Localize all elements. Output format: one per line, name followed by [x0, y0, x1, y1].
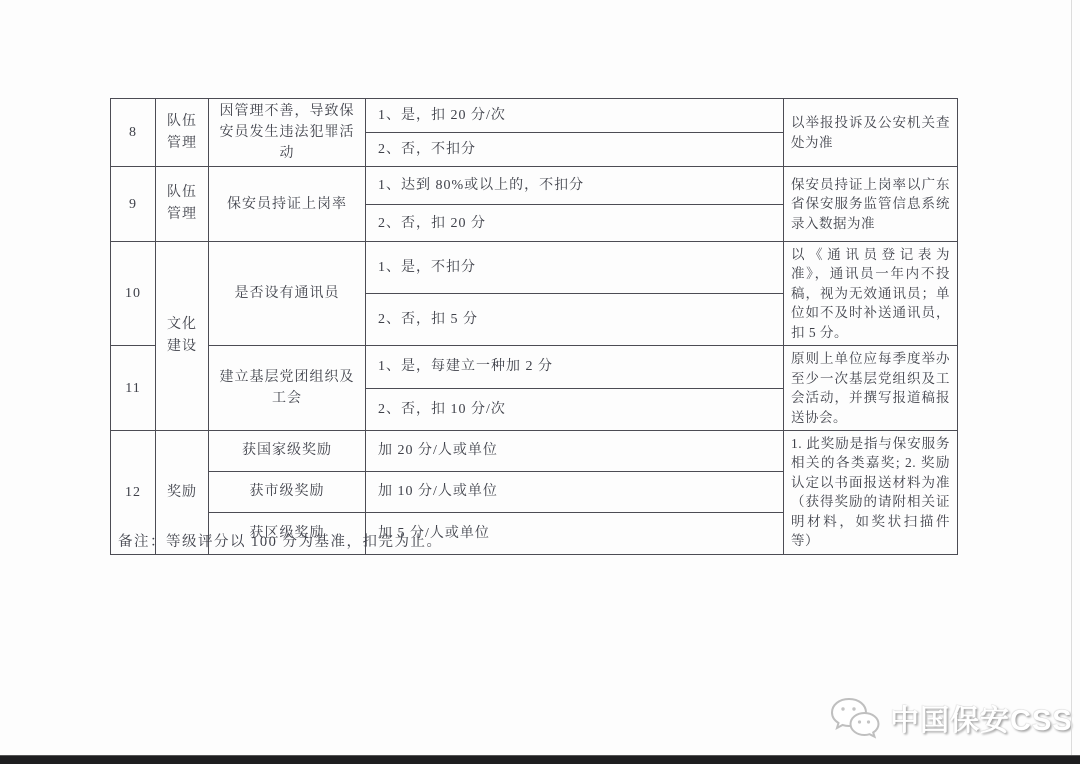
table-row: 8 队伍管理 因管理不善，导致保安员发生违法犯罪活动 1、是，扣 20 分/次 …	[111, 99, 958, 133]
row10-11-category: 文化建设	[156, 242, 209, 431]
row12-remark: 1. 此奖励是指与保安服务相关的各类嘉奖; 2. 奖励认定以书面报送材料为准（获…	[784, 430, 958, 554]
row10-score-2: 2、否，扣 5 分	[366, 294, 784, 346]
row10-item: 是否设有通讯员	[209, 242, 366, 346]
row10-score-1: 1、是，不扣分	[366, 242, 784, 294]
row8-score-2: 2、否，不扣分	[366, 133, 784, 167]
row8-item: 因管理不善，导致保安员发生违法犯罪活动	[209, 99, 366, 167]
page-edge-line	[1071, 0, 1072, 764]
table-row: 12 奖励 获国家级奖励 加 20 分/人或单位 1. 此奖励是指与保安服务相关…	[111, 430, 958, 471]
evaluation-table: 8 队伍管理 因管理不善，导致保安员发生违法犯罪活动 1、是，扣 20 分/次 …	[110, 98, 958, 555]
table-row: 9 队伍管理 保安员持证上岗率 1、达到 80%或以上的，不扣分 保安员持证上岗…	[111, 167, 958, 205]
row11-score-1: 1、是，每建立一种加 2 分	[366, 346, 784, 388]
row11-number: 11	[111, 346, 156, 431]
row11-item: 建立基层党团组织及工会	[209, 346, 366, 431]
row9-category: 队伍管理	[156, 167, 209, 242]
row9-number: 9	[111, 167, 156, 242]
watermark: 中国保安CSS	[828, 695, 1073, 741]
row11-score-2: 2、否，扣 10 分/次	[366, 388, 784, 430]
row10-number: 10	[111, 242, 156, 346]
row8-score-1: 1、是，扣 20 分/次	[366, 99, 784, 133]
footnote: 备注：等级评分以 100 分为基准，扣完为止。	[118, 530, 443, 551]
watermark-label: 中国保安CSS	[890, 698, 1073, 739]
row9-score-1: 1、达到 80%或以上的，不扣分	[366, 167, 784, 205]
row9-item: 保安员持证上岗率	[209, 167, 366, 242]
row12-score-city: 加 10 分/人或单位	[366, 471, 784, 512]
wechat-icon	[828, 695, 880, 741]
row8-number: 8	[111, 99, 156, 167]
row9-remark: 保安员持证上岗率以广东省保安服务监管信息系统录入数据为准	[784, 167, 958, 242]
row8-remark: 以举报投诉及公安机关查处为准	[784, 99, 958, 167]
row11-remark: 原则上单位应每季度举办至少一次基层党组织及工会活动，并撰写报道稿报送协会。	[784, 346, 958, 431]
row12-item-national: 获国家级奖励	[209, 430, 366, 471]
document-page: 8 队伍管理 因管理不善，导致保安员发生违法犯罪活动 1、是，扣 20 分/次 …	[0, 0, 1080, 764]
row8-category: 队伍管理	[156, 99, 209, 167]
row10-remark: 以《通讯员登记表为准》，通讯员一年内不投稿，视为无效通讯员；单位如不及时补送通讯…	[784, 242, 958, 346]
row9-score-2: 2、否，扣 20 分	[366, 205, 784, 242]
table-row: 11 建立基层党团组织及工会 1、是，每建立一种加 2 分 原则上单位应每季度举…	[111, 346, 958, 388]
row12-item-city: 获市级奖励	[209, 471, 366, 512]
bottom-scan-bar	[0, 755, 1080, 764]
table-row: 10 文化建设 是否设有通讯员 1、是，不扣分 以《通讯员登记表为准》，通讯员一…	[111, 242, 958, 294]
row12-score-national: 加 20 分/人或单位	[366, 430, 784, 471]
